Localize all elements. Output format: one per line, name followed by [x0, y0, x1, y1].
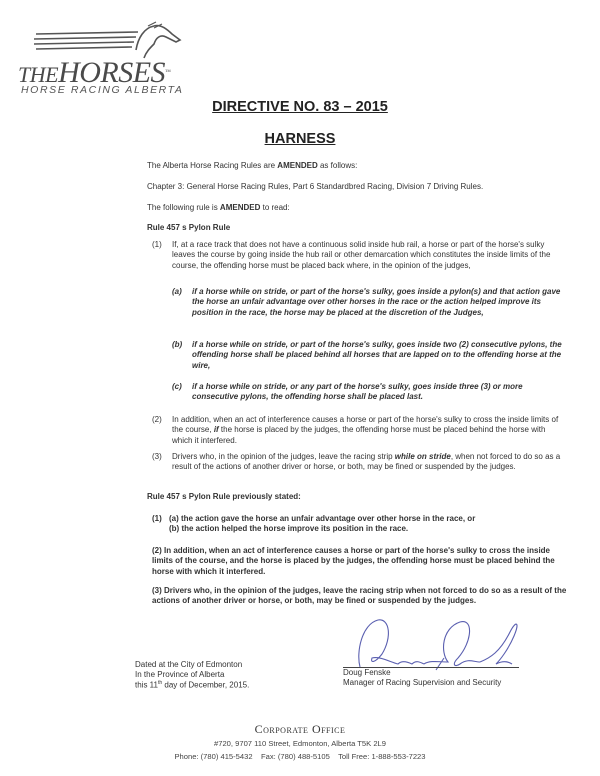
- amended-rule-item-2: (2) In addition, when an act of interfer…: [152, 415, 562, 446]
- intro-line-3: The following rule is AMENDED to read:: [147, 203, 567, 213]
- previous-rule-item-1: (1) (a) the action gave the horse an unf…: [152, 514, 562, 535]
- dated-block: Dated at the City of Edmonton In the Pro…: [135, 660, 335, 690]
- amended-rule-item-c: (c) if a horse while on stride, or any p…: [172, 382, 562, 403]
- intro-line-2: Chapter 3: General Horse Racing Rules, P…: [147, 182, 577, 192]
- signature-mark: [350, 612, 530, 674]
- footer-contact: Phone: (780) 415-5432 Fax: (780) 488-510…: [0, 752, 600, 761]
- amended-rule-item-3: (3) Drivers who, in the opinion of the j…: [152, 452, 562, 473]
- horses-logo: THEHORSES™ HORSE RACING ALBERTA: [18, 20, 193, 100]
- directive-subject: HARNESS: [0, 131, 600, 147]
- horse-head-icon: [26, 20, 186, 60]
- signatory-name: Doug Fenske: [343, 668, 583, 678]
- intro-line-1: The Alberta Horse Racing Rules are AMEND…: [147, 161, 567, 171]
- amended-rule-item-a: (a) if a horse while on stride, or part …: [172, 287, 562, 318]
- logo-tagline: HORSE RACING ALBERTA: [21, 84, 184, 96]
- footer-title: Corporate Office: [0, 722, 600, 737]
- amended-rule-item-b: (b) if a horse while on stride, or part …: [172, 340, 562, 371]
- signatory-title: Manager of Racing Supervision and Securi…: [343, 678, 583, 688]
- previous-rule-item-2: (2) In addition, when an act of interfer…: [152, 546, 566, 577]
- previous-rule-heading: Rule 457 s Pylon Rule previously stated:: [147, 492, 301, 502]
- signatory-block: Doug Fenske Manager of Racing Supervisio…: [343, 668, 583, 687]
- footer-address: #720, 9707 110 Street, Edmonton, Alberta…: [0, 739, 600, 748]
- amended-rule-heading: Rule 457 s Pylon Rule: [147, 223, 230, 233]
- directive-number: DIRECTIVE NO. 83 – 2015: [0, 99, 600, 115]
- amended-rule-item-1: (1) If, at a race track that does not ha…: [152, 240, 562, 271]
- previous-rule-item-3: (3) Drivers who, in the opinion of the j…: [152, 586, 572, 607]
